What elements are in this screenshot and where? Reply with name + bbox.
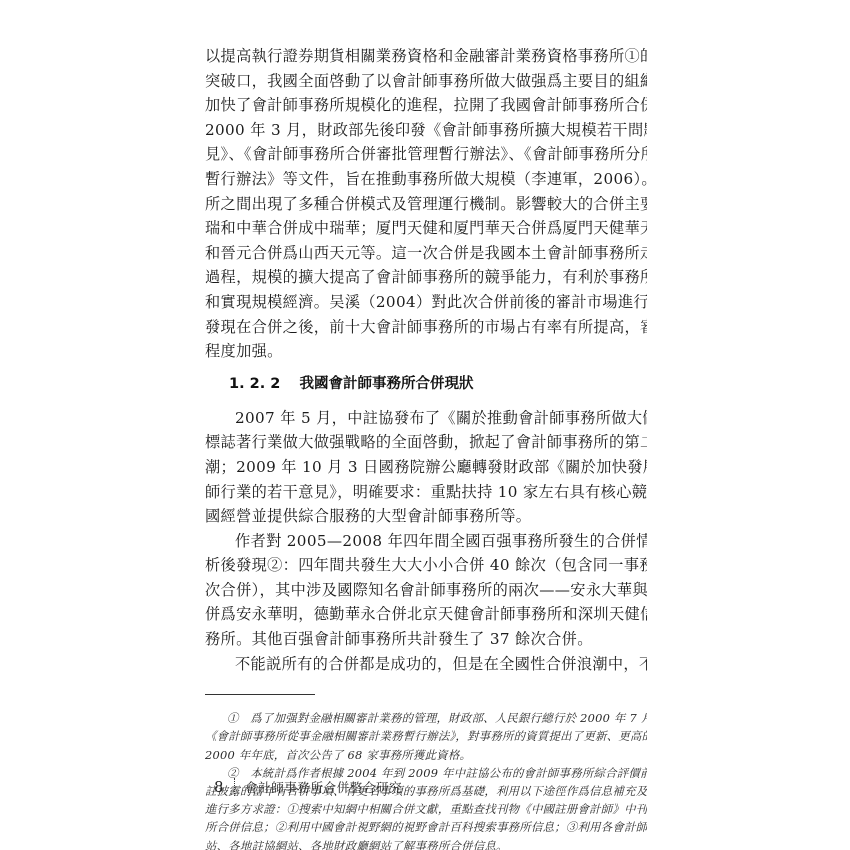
paragraph-success-cases: 不能説所有的合併都是成功的，但是在全國性合併浪潮中，不乏成功例 — [205, 652, 647, 677]
text-line: 瑞和中華合併成中瑞華；厦門天健和厦門華天合併爲厦門天健華天；山西中元 — [205, 216, 647, 241]
section-heading: 1. 2. 2 我國會計師事務所合併現狀 — [205, 372, 647, 396]
running-title: 會計師事務所合併整合研究 — [245, 778, 402, 796]
text-line: 發現在合併之後，前十大會計師事務所的市場占有率有所提高，審計市場集中 — [205, 315, 647, 340]
footnote-line: 2000 年年底，首次公告了 68 家事務所獲此資格。 — [205, 746, 647, 764]
text-line: 暫行辦法》等文件，旨在推動事務所做大規模（李連軍，2006）。會計師事務 — [205, 167, 647, 192]
section-number: 1. 2. 2 — [229, 376, 280, 392]
text-line: 程度加强。 — [205, 339, 647, 364]
text-line: 2000 年 3 月，財政部先後印發《會計師事務所擴大規模若干問題的指導意 — [205, 118, 647, 143]
document-page: 以提高執行證券期貨相關業務資格和金融審計業務資格事務所①的準入條件爲 突破口，我… — [205, 44, 647, 850]
footnote-line: 進行多方求證：①搜索中知網中相關合併文獻，重點查找刊物《中國註册會計師》中刊登的… — [205, 800, 647, 818]
footnote-line: 所合併信息；②利用中國會計視野網的視野會計百科搜索事務所信息；③利用各會計師事務… — [205, 818, 647, 836]
text-line: 析後發現②：四年間共發生大大小小合併 40 餘次（包含同一事務所發生的多 — [205, 553, 647, 578]
footnote-line: 站、各地註協網站、各地財政廳網站了解事務所合併信息。 — [205, 837, 647, 850]
text-line: 突破口，我國全面啓動了以會計師事務所做大做强爲主要目的組織結構調整， — [205, 69, 647, 94]
text-line: 師行業的若干意見》，明確要求：重點扶持 10 家左右具有核心競爭力、能夠跨 — [205, 480, 647, 505]
text-line: 不能説所有的合併都是成功的，但是在全國性合併浪潮中，不乏成功例 — [205, 652, 647, 677]
text-line: 和晉元合併爲山西天元等。這一次合併是我國本土會計師事務所走向規模化的 — [205, 241, 647, 266]
page-number: 8 — [214, 778, 228, 796]
text-line: 標誌著行業做大做强戰略的全面啓動，掀起了會計師事務所的第二次合併大 — [205, 430, 647, 455]
text-line: 所之間出現了多種合併模式及管理運行機制。影響較大的合併主要有：北京中 — [205, 192, 647, 217]
paragraph-merger-history: 以提高執行證券期貨相關業務資格和金融審計業務資格事務所①的準入條件爲 突破口，我… — [205, 44, 647, 364]
footnote-divider — [205, 694, 315, 695]
footer-divider — [234, 778, 235, 796]
text-line: 次合併），其中涉及國際知名會計師事務所的兩次——安永大華與安永華明合 — [205, 578, 647, 603]
section-title: 我國會計師事務所合併現狀 — [299, 376, 473, 392]
footnote-line: ① 爲了加强對金融相關審計業務的管理，財政部、人民銀行總行於 2000 年 7 … — [205, 709, 647, 727]
text-line: 2007 年 5 月，中註協發布了《關於推動會計師事務所做大做强的意見》， — [205, 406, 647, 431]
text-line: 和實現規模經濟。吴溪（2004）對此次合併前後的審計市場進行了實證研究， — [205, 290, 647, 315]
footnote-line: 《會計師事務所從事金融相關審計業務暫行辦法》，對事務所的資質提出了更新、更高的要… — [205, 727, 647, 745]
text-line: 作者對 2005—2008 年四年間全國百强事務所發生的合併情況進行統計分 — [205, 529, 647, 554]
text-line: 潮；2009 年 10 月 3 日國務院辦公廳轉發財政部《關於加快發展我國註册會… — [205, 455, 647, 480]
text-line: 加快了會計師事務所規模化的進程，拉開了我國會計師事務所合併的大幕。 — [205, 93, 647, 118]
text-line: 以提高執行證券期貨相關業務資格和金融審計業務資格事務所①的準入條件爲 — [205, 44, 647, 69]
paragraph-author-statistics: 作者對 2005—2008 年四年間全國百强事務所發生的合併情況進行統計分 析後… — [205, 529, 647, 652]
text-line: 國經營並提供綜合服務的大型會計師事務所等。 — [205, 504, 647, 529]
text-line: 過程，規模的擴大提高了會計師事務所的競爭能力，有利於事務所保持獨立性 — [205, 265, 647, 290]
page-footer: 8 會計師事務所合併整合研究 — [214, 777, 402, 797]
text-line: 務所。其他百强會計師事務所共計發生了 37 餘次合併。 — [205, 627, 647, 652]
text-line: 併爲安永華明，德勤華永合併北京天健會計師事務所和深圳天健信德會計師事 — [205, 602, 647, 627]
paragraph-2007-policy: 2007 年 5 月，中註協發布了《關於推動會計師事務所做大做强的意見》， 標誌… — [205, 406, 647, 529]
footnote-1: ① 爲了加强對金融相關審計業務的管理，財政部、人民銀行總行於 2000 年 7 … — [205, 709, 647, 764]
text-line: 見》、《會計師事務所合併審批管理暫行辦法》、《會計師事務所分所審批管理 — [205, 142, 647, 167]
